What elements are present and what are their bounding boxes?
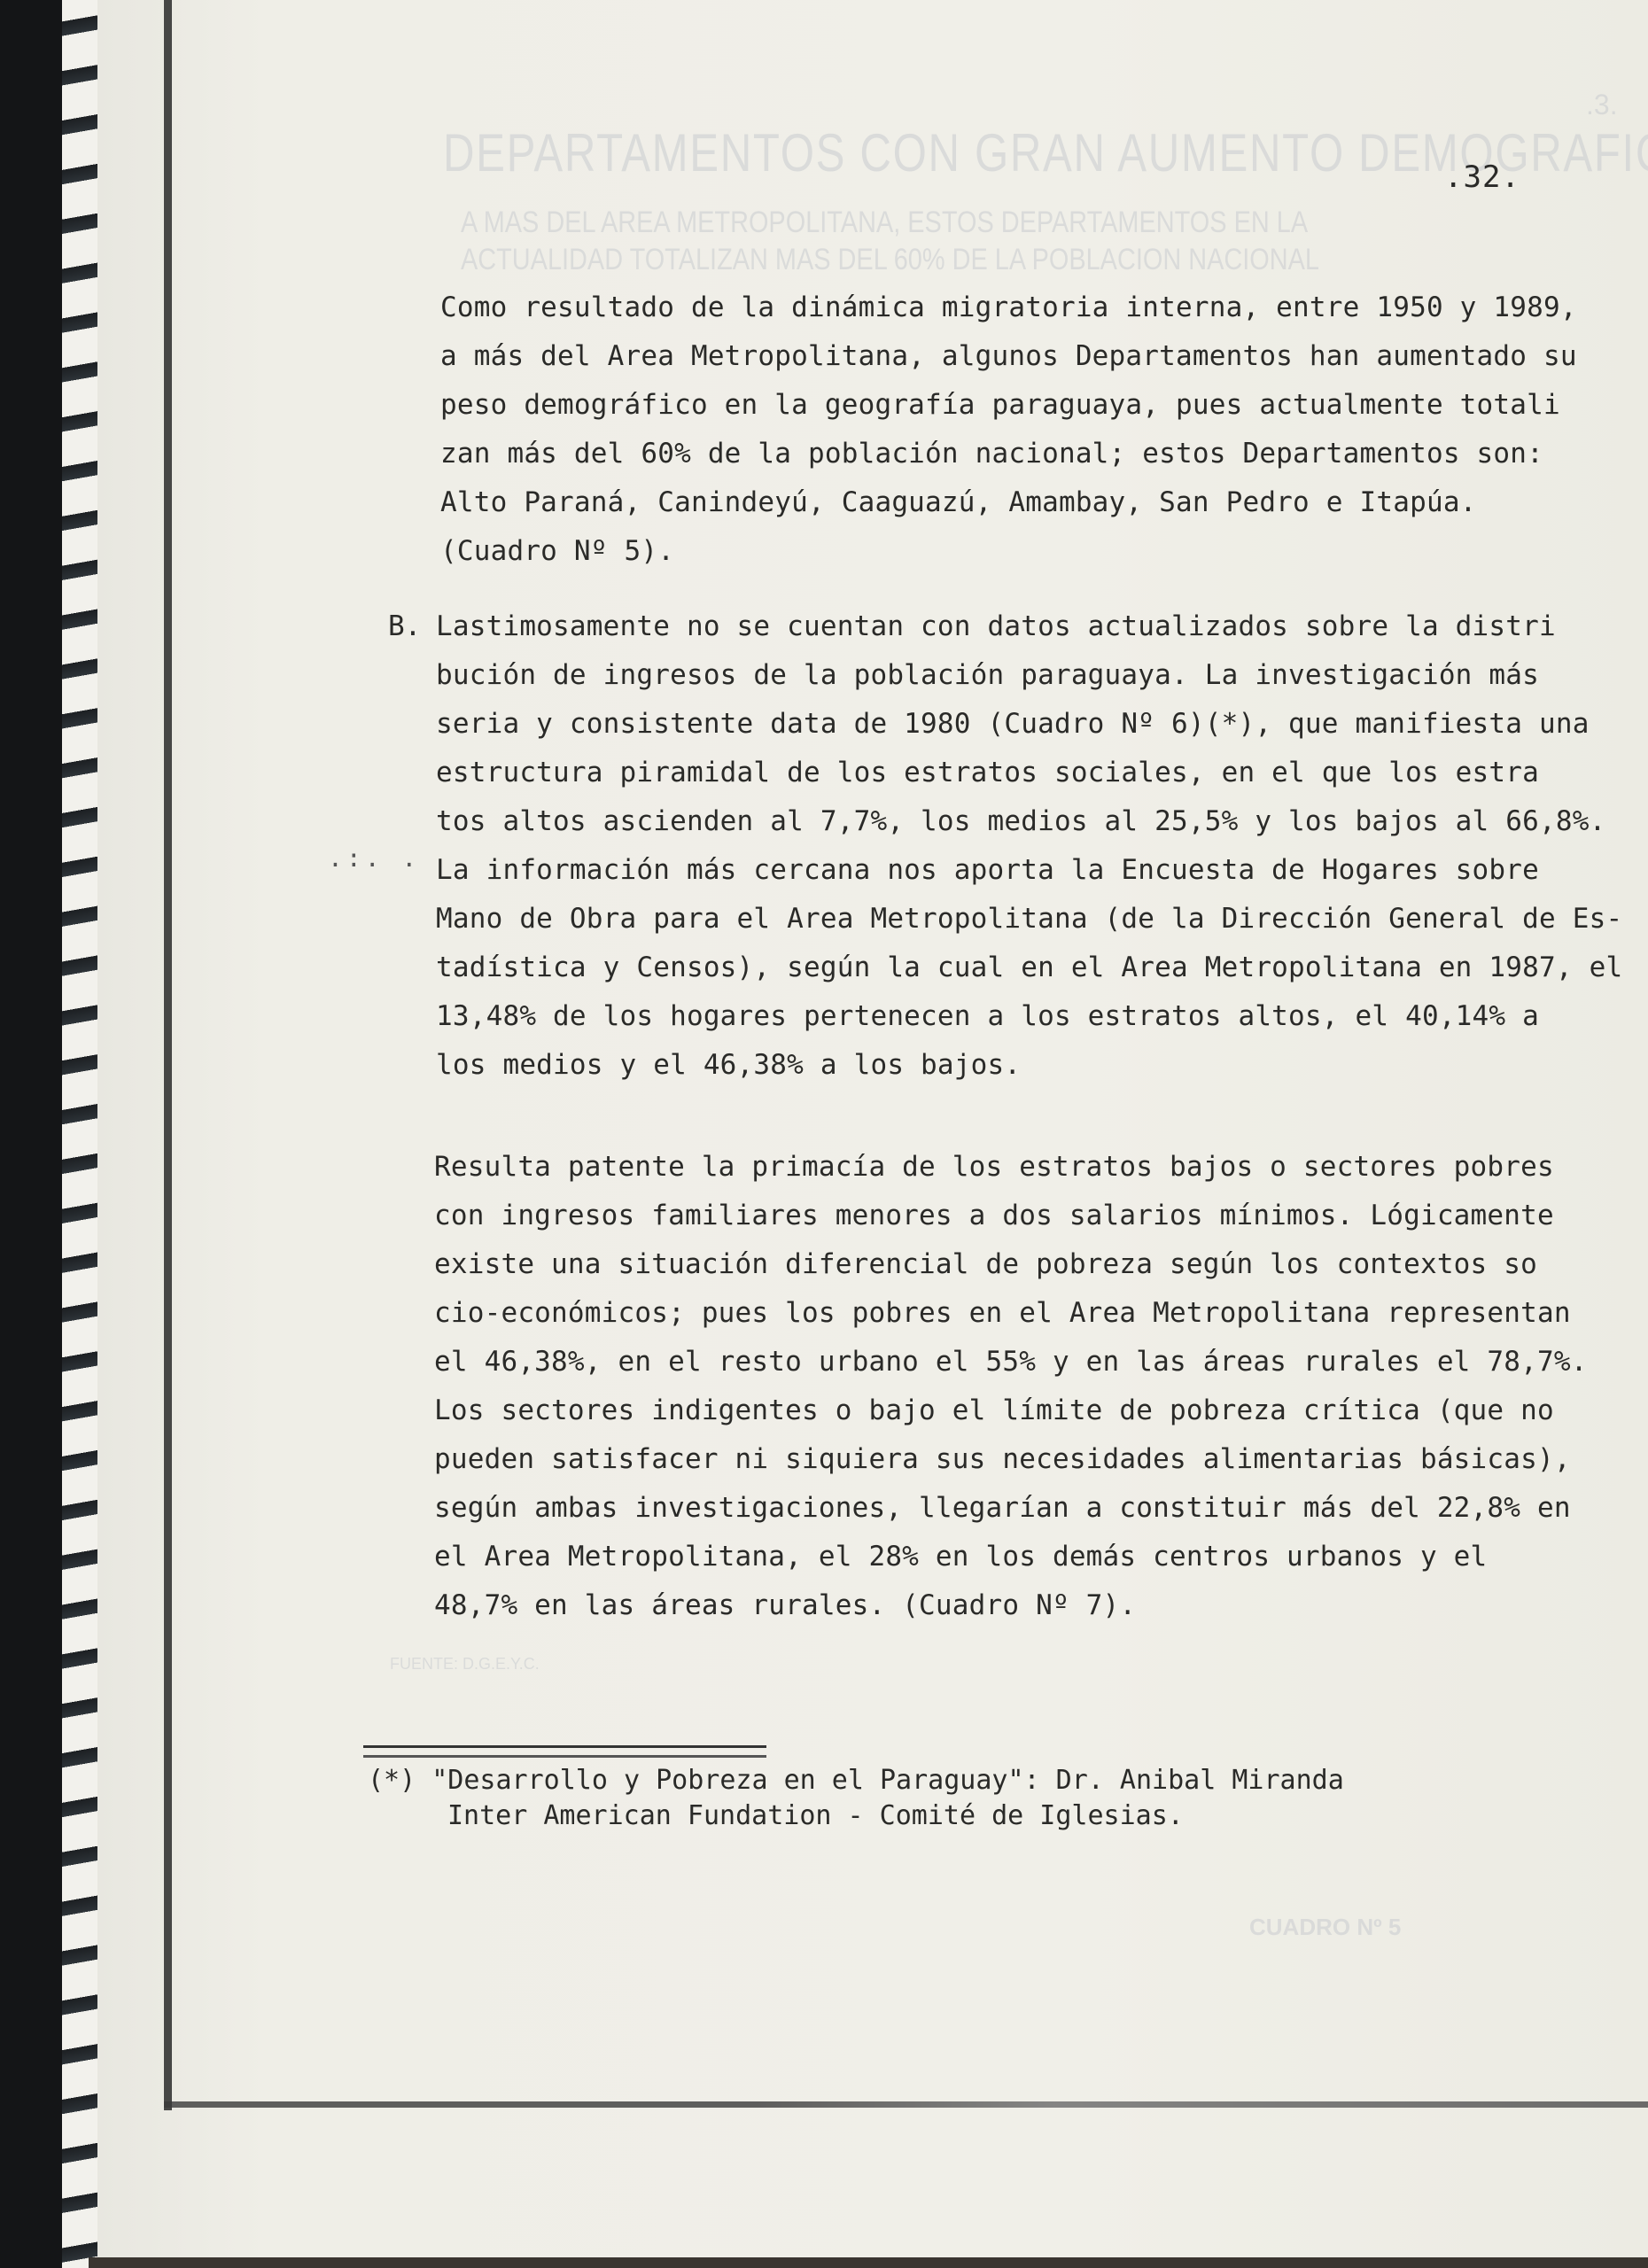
text-line: Lastimosamente no se cuentan con datos a… bbox=[436, 602, 1622, 651]
page-number: .32. bbox=[1444, 159, 1520, 195]
paragraph-poverty: Resulta patente la primacía de los estra… bbox=[434, 1143, 1588, 1630]
text-line: seria y consistente data de 1980 (Cuadro… bbox=[436, 700, 1622, 749]
footnote-line-1: (*) "Desarrollo y Pobreza en el Paraguay… bbox=[368, 1763, 1344, 1798]
text-line: 48,7% en las áreas rurales. (Cuadro Nº 7… bbox=[434, 1581, 1588, 1630]
text-line: cio-económicos; pues los pobres en el Ar… bbox=[434, 1289, 1588, 1338]
text-line: existe una situación diferencial de pobr… bbox=[434, 1240, 1588, 1289]
text-line: tos altos ascienden al 7,7%, los medios … bbox=[436, 797, 1622, 846]
text-line: Resulta patente la primacía de los estra… bbox=[434, 1143, 1588, 1192]
footnote-divider bbox=[363, 1745, 766, 1758]
text-line: Mano de Obra para el Area Metropolitana … bbox=[436, 895, 1622, 944]
footnote: (*) "Desarrollo y Pobreza en el Paraguay… bbox=[368, 1763, 1344, 1834]
text-line: La información más cercana nos aporta la… bbox=[436, 846, 1622, 895]
text-line: Como resultado de la dinámica migratoria… bbox=[440, 283, 1577, 332]
text-line: peso demográfico en la geografía paragua… bbox=[440, 381, 1577, 430]
text-line: con ingresos familiares menores a dos sa… bbox=[434, 1192, 1588, 1240]
text-line: pueden satisfacer ni siquiera sus necesi… bbox=[434, 1435, 1588, 1484]
text-line: a más del Area Metropolitana, algunos De… bbox=[440, 332, 1577, 381]
text-line: el 46,38%, en el resto urbano el 55% y e… bbox=[434, 1338, 1588, 1386]
bleed-through-table-label: CUADRO Nº 5 bbox=[1249, 1914, 1401, 1941]
text-line: estructura piramidal de los estratos soc… bbox=[436, 749, 1622, 797]
footnote-citation: "Desarrollo y Pobreza en el Paraguay": D… bbox=[431, 1765, 1344, 1796]
bleed-through-subheading-1: A MAS DEL AREA METROPOLITANA, ESTOS DEPA… bbox=[461, 206, 1308, 240]
text-line: Alto Paraná, Canindeyú, Caaguazú, Amamba… bbox=[440, 478, 1577, 527]
text-line: tadística y Censos), según la cual en el… bbox=[436, 944, 1622, 992]
margin-dots: .:. . bbox=[328, 843, 420, 873]
page-frame-bottom bbox=[164, 2101, 1648, 2108]
bleed-through-source: FUENTE: D.G.E.Y.C. bbox=[390, 1655, 540, 1674]
text-line: Los sectores indigentes o bajo el límite… bbox=[434, 1386, 1588, 1435]
footnote-line-2: Inter American Fundation - Comité de Igl… bbox=[368, 1798, 1344, 1834]
footnote-marker: (*) bbox=[368, 1765, 416, 1796]
text-line: 13,48% de los hogares pertenecen a los e… bbox=[436, 992, 1622, 1041]
text-line: (Cuadro Nº 5). bbox=[440, 527, 1577, 576]
text-line: zan más del 60% de la población nacional… bbox=[440, 430, 1577, 478]
bleed-through-corner: .3. bbox=[1586, 89, 1618, 121]
text-line: los medios y el 46,38% a los bajos. bbox=[436, 1041, 1622, 1090]
bleed-through-subheading-2: ACTUALIDAD TOTALIZAN MAS DEL 60% DE LA P… bbox=[461, 243, 1319, 277]
paragraph-migration: Como resultado de la dinámica migratoria… bbox=[440, 283, 1577, 576]
page-edge bbox=[89, 2257, 1648, 2268]
text-line: el Area Metropolitana, el 28% en los dem… bbox=[434, 1533, 1588, 1581]
section-marker-b: B. bbox=[388, 602, 421, 651]
page-frame-left bbox=[164, 0, 172, 2110]
spiral-binding bbox=[62, 0, 97, 2268]
binding-spine bbox=[0, 0, 62, 2268]
text-line: según ambas investigaciones, llegarían a… bbox=[434, 1484, 1588, 1533]
text-line: bución de ingresos de la población parag… bbox=[436, 651, 1622, 700]
paragraph-income-distribution: Lastimosamente no se cuentan con datos a… bbox=[436, 602, 1622, 1090]
